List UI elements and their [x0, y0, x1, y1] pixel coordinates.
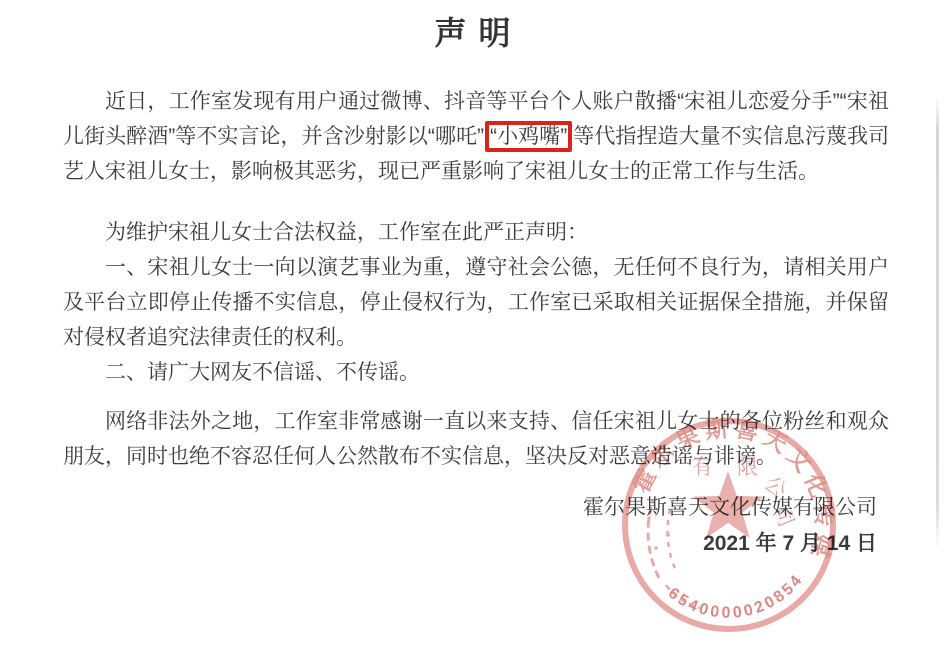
document-page: 声明 近日，工作室发现有用户通过微博、抖音等平台个人账户散播“宋祖儿恋爱分手”“…: [0, 0, 945, 667]
signature-date: 2021 年 7 月 14 日: [63, 526, 877, 562]
statement-paragraph-3: 一、宋祖儿女士一向以演艺事业为重，遵守社会公德，无任何不良行为，请相关用户及平台…: [63, 250, 889, 355]
statement-paragraph-4: 二、请广大网友不信谣、不传谣。: [63, 355, 889, 390]
statement-paragraph-2: 为维护宋祖儿女士合法权益，工作室在此严正声明：: [63, 215, 889, 250]
signature-block: 霍尔果斯喜天文化传媒有限公司 2021 年 7 月 14 日: [63, 490, 889, 562]
scan-edge-artifact: [936, 95, 939, 550]
red-highlight-box: “小鸡嘴”: [485, 121, 572, 152]
signature-company: 霍尔果斯喜天文化传媒有限公司: [63, 490, 877, 526]
doc-title: 声明: [0, 8, 945, 54]
seal-number-arc-text: 6540000020854: [665, 570, 807, 621]
doc-body: 近日，工作室发现有用户通过微博、抖音等平台个人账户散播“宋祖儿恋爱分手”“宋祖儿…: [63, 84, 889, 562]
statement-paragraph-5: 网络非法外之地，工作室非常感谢一直以来支持、信任宋祖儿女士的各位粉丝和观众朋友，…: [63, 404, 889, 474]
highlighted-term: “小鸡嘴”: [490, 125, 567, 148]
statement-paragraph-1: 近日，工作室发现有用户通过微博、抖音等平台个人账户散播“宋祖儿恋爱分手”“宋祖儿…: [63, 84, 889, 189]
